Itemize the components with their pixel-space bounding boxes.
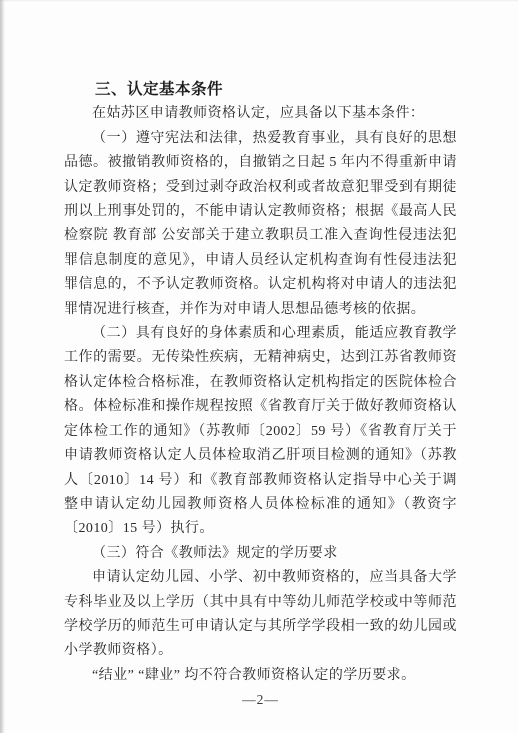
- paragraph-intro: 在姑苏区申请教师资格认定，应具备以下基本条件：: [64, 102, 457, 126]
- paragraph-condition-1: （一）遵守宪法和法律，热爱教育事业，具有良好的思想品德。被撤销教师资格的，自撤销…: [64, 127, 457, 322]
- scan-edge-left: [0, 0, 5, 733]
- paragraph-note: “结业” “肆业” 均不符合教师资格认定的学历要求。: [64, 664, 457, 688]
- document-page: 三、认定基本条件 在姑苏区申请教师资格认定，应具备以下基本条件： （一）遵守宪法…: [0, 0, 518, 733]
- text-column: 三、认定基本条件 在姑苏区申请教师资格认定，应具备以下基本条件： （一）遵守宪法…: [64, 78, 457, 708]
- paragraph-education-requirement: 申请认定幼儿园、小学、初中教师资格的，应当具备大学专科毕业及以上学历（其中具有中…: [64, 566, 457, 664]
- section-heading: 三、认定基本条件: [64, 78, 457, 102]
- paragraph-condition-2: （二）具有良好的身体素质和心理素质，能适应教育教学工作的需要。无传染性疾病，无精…: [64, 322, 457, 542]
- page-number: —2—: [64, 692, 457, 708]
- scan-edge-top: [0, 0, 518, 2]
- paragraph-condition-3: （三）符合《教师法》规定的学历要求: [64, 542, 457, 566]
